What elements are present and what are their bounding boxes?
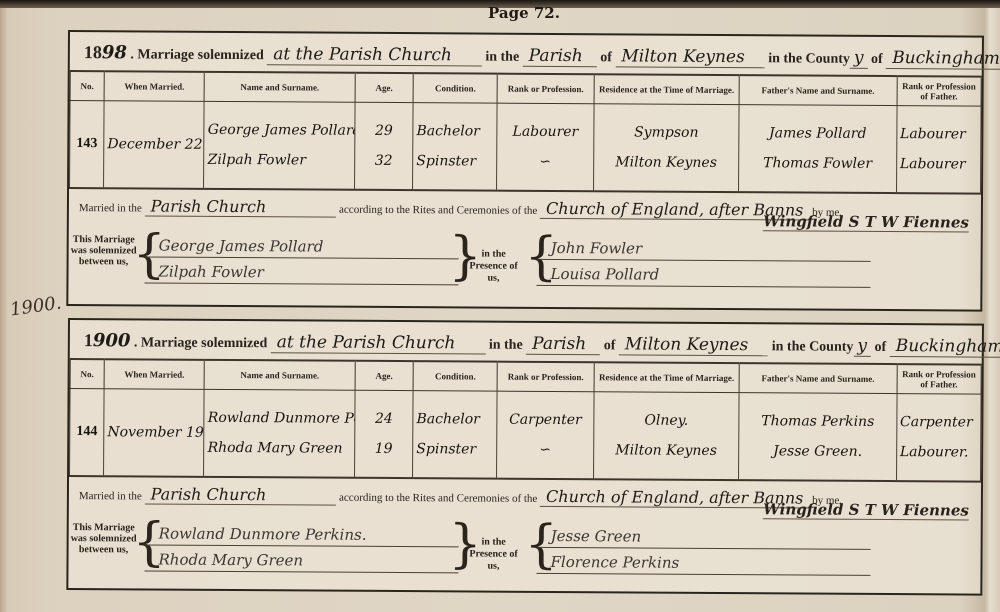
margin-year-note: 1900. — [9, 293, 63, 321]
label-marriage-solemnized: . Marriage solemnized — [134, 335, 267, 351]
groom-condition: Bachelor — [416, 404, 493, 434]
father-profession-cell: LabourerLabourer — [896, 106, 981, 194]
parish-name: Milton Keynes — [615, 46, 764, 68]
signature-bride: Rhoda Mary Green — [144, 548, 458, 573]
label-county: in the County — [772, 339, 854, 354]
label-according: according to the Rites and Ceremonies of… — [339, 492, 537, 505]
label-solemnized-between: This Marriage was solemnized between us, — [71, 234, 137, 267]
condition-cell: BachelorSpinster — [413, 103, 498, 191]
bride-profession: ∽ — [500, 435, 589, 466]
column-header: Rank or Profession of Father. — [897, 76, 982, 106]
groom-residence: Olney. — [597, 405, 736, 436]
married-in-place: Parish Church — [145, 484, 337, 505]
condition-cell: BachelorSpinster — [413, 391, 498, 479]
column-header: Age. — [355, 73, 413, 103]
married-in-line: Married in the Parish Church according t… — [79, 196, 973, 227]
year-printed: 18 — [84, 42, 102, 62]
table-row: 144 November 19 Rowland Dunmore PerkinsR… — [70, 389, 982, 482]
register-table: No.When Married.Name and Surname.Age.Con… — [69, 70, 982, 195]
column-header: Residence at the Time of Marriage. — [594, 74, 740, 104]
groom-father-profession: Carpenter — [900, 407, 978, 437]
signature-bride: Zilpah Fowler — [144, 260, 458, 285]
names-cell: George James PollardZilpah Fowler — [204, 101, 355, 189]
bride-condition: Spinster — [416, 146, 493, 176]
bride-father: Jesse Green. — [742, 436, 893, 467]
label-in-presence: in the Presence of us, — [468, 536, 518, 572]
father-cell: James PollardThomas Fowler — [739, 105, 897, 193]
married-in-place: Parish Church — [145, 196, 337, 217]
groom-father-profession: Labourer — [900, 119, 978, 149]
column-header: Age. — [355, 361, 413, 391]
parish-type: Parish — [526, 334, 600, 355]
groom-condition: Bachelor — [416, 116, 493, 146]
label-marriage-solemnized: . Marriage solemnized — [130, 47, 263, 63]
label-of-county: of — [875, 340, 887, 355]
column-header: Name and Surname. — [205, 360, 356, 390]
column-header: When Married. — [104, 359, 205, 389]
column-header: Residence at the Time of Marriage. — [594, 362, 740, 392]
column-header: Condition. — [413, 361, 497, 391]
county-suffix: y — [850, 48, 868, 69]
column-header: Father's Name and Surname. — [739, 75, 897, 105]
bride-name: Rhoda Mary Green — [208, 433, 352, 464]
father-profession-cell: CarpenterLabourer. — [896, 394, 981, 482]
witness-1: Jesse Green — [537, 525, 871, 550]
residence-cell: SympsonMilton Keynes — [593, 104, 739, 192]
column-header: No. — [70, 359, 104, 389]
when-married: November 19 — [104, 389, 205, 477]
groom-father: Thomas Perkins — [742, 406, 893, 437]
residence-cell: Olney.Milton Keynes — [593, 392, 739, 480]
place: at the Parish Church — [267, 44, 482, 66]
parish-type: Parish — [523, 46, 597, 67]
column-header: Name and Surname. — [205, 72, 356, 102]
bride-name: Zilpah Fowler — [208, 145, 352, 176]
column-header: Condition. — [413, 73, 497, 103]
groom-age: 29 — [358, 116, 409, 146]
label-of: of — [600, 50, 612, 65]
year-written: 900 — [93, 330, 131, 351]
county-suffix: y — [853, 336, 871, 357]
year-written: 98 — [102, 42, 127, 63]
bride-condition: Spinster — [416, 434, 493, 464]
bride-age: 32 — [358, 146, 409, 176]
column-header: Father's Name and Surname. — [739, 363, 897, 393]
bride-residence: Milton Keynes — [597, 147, 736, 178]
column-header: Rank or Profession of Father. — [897, 364, 982, 394]
bride-age: 19 — [358, 434, 409, 464]
groom-name: Rowland Dunmore Perkins — [208, 403, 352, 434]
label-in-presence: in the Presence of us, — [468, 248, 518, 284]
bride-residence: Milton Keynes — [597, 435, 736, 466]
column-header: When Married. — [104, 71, 205, 101]
column-header: Rank or Profession. — [497, 74, 593, 104]
witness-2: Louisa Pollard — [536, 263, 870, 288]
page-number: Page 72. — [488, 4, 560, 22]
label-solemnized-between: This Marriage was solemnized between us, — [71, 522, 137, 555]
groom-age: 24 — [358, 404, 409, 434]
register-table: No.When Married.Name and Surname.Age.Con… — [69, 358, 982, 483]
groom-profession: Carpenter — [501, 405, 590, 436]
column-header: Rank or Profession. — [497, 362, 593, 392]
names-cell: Rowland Dunmore PerkinsRhoda Mary Green — [204, 389, 355, 477]
signature-groom: George James Pollard — [145, 234, 459, 259]
profession-cell: Carpenter∽ — [497, 391, 594, 479]
label-in-the: in the — [485, 50, 519, 65]
ages-cell: 2932 — [354, 102, 413, 190]
bride-father-profession: Labourer — [900, 149, 978, 179]
bride-father: Thomas Fowler — [742, 148, 893, 179]
groom-profession: Labourer — [501, 117, 590, 148]
profession-cell: Labourer∽ — [497, 103, 594, 191]
signature-groom: Rowland Dunmore Perkins. — [145, 522, 459, 547]
label-married-in: Married in the — [79, 202, 142, 214]
entry-number: 144 — [70, 389, 105, 477]
bride-father-profession: Labourer. — [900, 437, 978, 467]
label-according: according to the Rites and Ceremonies of… — [339, 204, 537, 217]
groom-father: James Pollard — [742, 118, 893, 149]
place: at the Parish Church — [271, 332, 486, 354]
county-name: Buckingham — [890, 336, 1000, 358]
label-married-in: Married in the — [79, 490, 142, 502]
table-row: 143 December 22 George James PollardZilp… — [70, 101, 982, 194]
officiant-signature: Wingfield S T W Fiennes — [763, 500, 969, 520]
ages-cell: 2419 — [354, 390, 413, 478]
label-in-the: in the — [489, 338, 523, 353]
married-in-line: Married in the Parish Church according t… — [79, 484, 973, 515]
bride-profession: ∽ — [500, 147, 589, 178]
column-header: No. — [70, 71, 104, 101]
year-printed: 1 — [84, 330, 93, 350]
county-name: Buckingham — [886, 48, 1000, 70]
marriage-entry-143: 1898 . Marriage solemnized at the Parish… — [66, 30, 984, 312]
officiant-signature: Wingfield S T W Fiennes — [763, 212, 969, 232]
label-of: of — [604, 338, 616, 353]
groom-residence: Sympson — [597, 117, 736, 148]
label-of-county: of — [871, 52, 883, 67]
parish-name: Milton Keynes — [619, 334, 768, 356]
groom-name: George James Pollard — [208, 115, 352, 146]
entry-number: 143 — [70, 101, 105, 189]
father-cell: Thomas PerkinsJesse Green. — [739, 393, 897, 481]
label-county: in the County — [768, 51, 850, 66]
marriage-entry-144: 1900 . Marriage solemnized at the Parish… — [66, 318, 984, 596]
witness-1: John Fowler — [537, 237, 871, 262]
witness-2: Florence Perkins — [536, 551, 870, 576]
when-married: December 22 — [104, 101, 205, 189]
